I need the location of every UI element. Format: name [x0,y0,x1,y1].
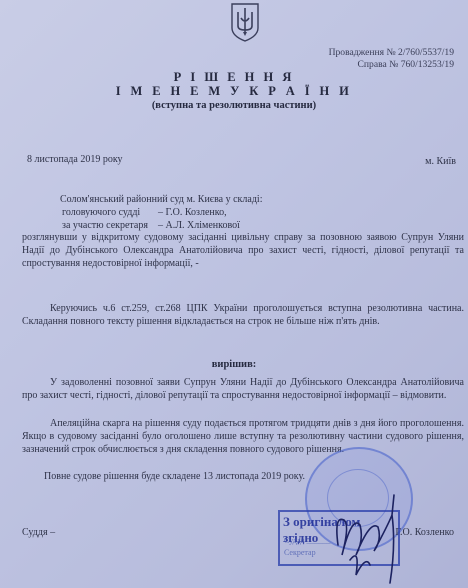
case-description: розглянувши у відкритому судовому засіда… [22,231,464,270]
handwritten-signature-icon [330,485,400,585]
proceeding-number: Провадження № 2/760/5537/19 [329,47,454,59]
court-decision-page: Провадження № 2/760/5537/19 Справа № 760… [0,0,468,588]
full-decision-note: Повне судове рішення буде складене 13 ли… [44,470,305,483]
title-name-of-ukraine: І М Е Н Е М У К Р А Ї Н И [0,84,468,99]
judge-role: головуючого судді [62,206,140,219]
judge-signature-name: Г.О. Козленко [395,526,454,539]
decided-heading: вирішив: [0,359,468,370]
case-numbers: Провадження № 2/760/5537/19 Справа № 760… [329,47,454,71]
title-decision: Р І Ш Е Н Н Я [0,70,468,85]
decision-date: 8 листопада 2019 року [27,153,123,166]
decision-city: м. Київ [425,155,456,168]
court-composition: Солом'янський районний суд м. Києва у ск… [60,193,262,206]
judge-name: – Г.О. Козленко, [158,206,227,219]
judge-signature-label: Суддя – [22,526,55,539]
stamp-secretary-line: Секретар [284,548,316,557]
appeal-paragraph: Апеляційна скарга на рішення суду подаєт… [22,417,464,456]
trident-emblem-icon [229,2,261,42]
title-subtitle: (вступна та резолютивна частини) [0,100,468,111]
stamp-judge-line: Суддя ______ [284,536,330,545]
decision-paragraph: У задоволенні позовної заяви Супрун Улян… [22,376,464,402]
guided-by-paragraph: Керуючись ч.6 ст.259, ст.268 ЦПК України… [22,302,464,328]
